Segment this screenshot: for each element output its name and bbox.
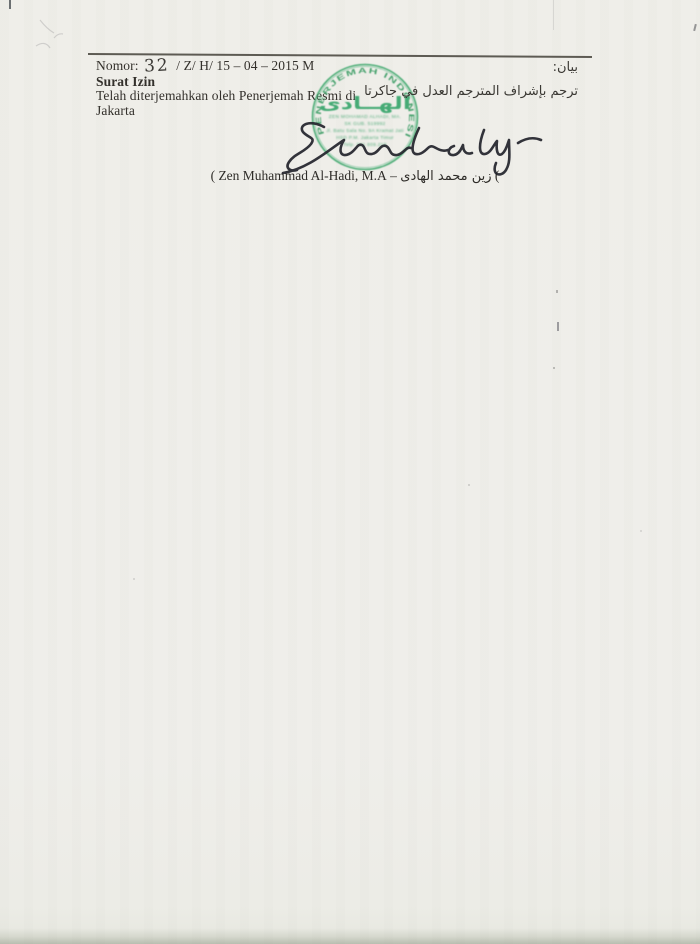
scan-artifact [640, 530, 642, 532]
scanned-document-page: Nomor:32/ Z/ H/ 15 – 04 – 2015 M Surat I… [0, 0, 700, 944]
scan-artifact [133, 578, 135, 580]
arabic-statement: ترجم بإشراف المترجم العدل في جاكرتا [278, 84, 578, 100]
scan-artifact [553, 0, 554, 30]
arabic-header-block: بيان: ترجم بإشراف المترجم العدل في جاكرت… [278, 60, 578, 100]
scan-artifact [557, 322, 559, 331]
scan-artifact [468, 484, 470, 486]
arabic-label: بيان: [278, 60, 578, 76]
signature-ink [270, 113, 550, 188]
scan-artifact [693, 24, 697, 31]
handwritten-number: 32 [143, 58, 169, 74]
scan-artifact [556, 290, 558, 293]
scan-artifact [34, 14, 68, 56]
scan-artifact [553, 367, 555, 369]
open-paren: ( [211, 168, 216, 183]
scan-artifact [9, 0, 11, 9]
scan-bottom-shadow [0, 928, 700, 944]
nomor-label: Nomor: [96, 58, 139, 73]
